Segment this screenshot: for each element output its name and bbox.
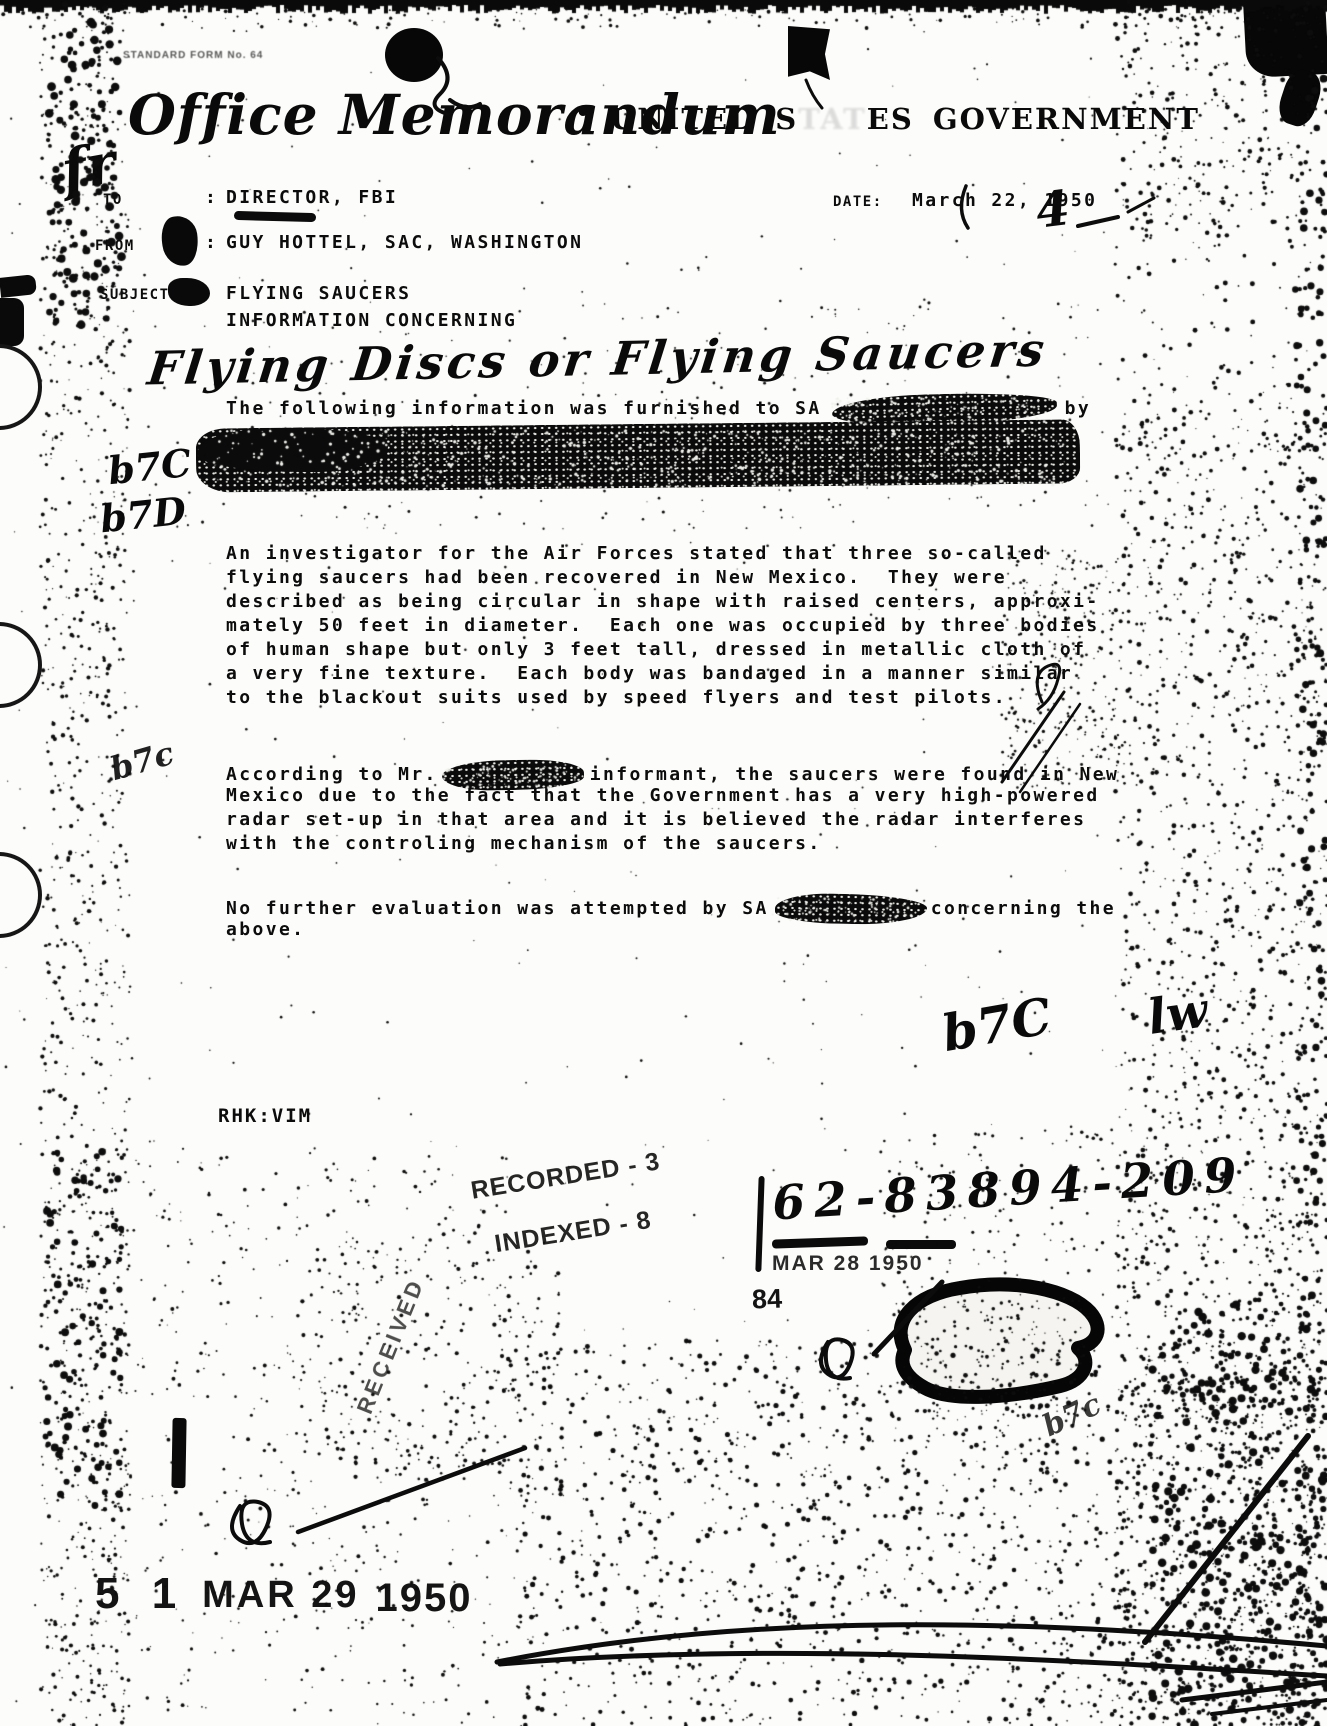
org-title-obscured: TAT [798, 102, 867, 136]
file-number: 62-83894-209 [771, 1148, 1248, 1232]
body-text-line: Mexico due to the fact that the Governme… [226, 784, 1100, 808]
date-received-stamp: MAR 28 1950 [772, 1252, 924, 1276]
body-text-line: flying saucers had been recovered in New… [226, 566, 1100, 590]
body-text-line: radar set-up in that area and it is beli… [226, 808, 1100, 832]
ink-flag-mark [788, 26, 830, 80]
form-number-label: STANDARD FORM No. 64 [123, 50, 263, 61]
ink-blob-outline [901, 1284, 1098, 1396]
pen-stroke [1212, 1700, 1327, 1714]
intro-text-pre: The following information was furnished … [226, 397, 822, 421]
pen-stroke [1182, 1682, 1327, 1700]
redaction-bar [774, 893, 927, 926]
ink-dot-large [385, 28, 443, 82]
handwritten-strokes-layer [0, 0, 1327, 1726]
blob-note-b7c: b7c [1037, 1387, 1106, 1444]
ink-bar [171, 1418, 186, 1488]
from-label: FROM [95, 238, 135, 254]
bottom-date-stamp: 5 1 MAR 29 1950 [95, 1566, 473, 1621]
fold-line [500, 1653, 1327, 1676]
edge-ink-mark-2 [0, 298, 24, 346]
pen-stroke [298, 1448, 525, 1532]
stamp-prefix-digits: 5 1 [95, 1569, 186, 1619]
ink-blot-subject [168, 278, 210, 306]
handwritten-fr-mark: fr [57, 130, 121, 204]
hole-punch [0, 852, 42, 938]
body-text-line: a very fine texture. Each body was banda… [226, 662, 1100, 686]
exemption-code-b7c-mid: b7C [938, 986, 1056, 1063]
handwritten-title: Flying Discs or Flying Saucers [145, 323, 1051, 396]
body-text-pre: No further evaluation was attempted by S… [226, 897, 769, 921]
underline-smudge [234, 211, 316, 222]
number-84: 84 [751, 1283, 782, 1315]
subject-value-line1: FLYING SAUCERS [226, 282, 411, 306]
handwritten-date-mark: 4 [1033, 180, 1073, 240]
exemption-code-b7d: b7D [98, 488, 188, 542]
exemption-code-b7c-small: b7c [106, 734, 178, 788]
paragraph-3-line1: No further evaluation was attempted by S… [226, 894, 1116, 924]
pen-stroke [874, 1282, 942, 1354]
ink-blot-from [159, 214, 202, 269]
fold-line [497, 1625, 1327, 1662]
intro-line: The following information was furnished … [226, 394, 1091, 424]
indexed-stamp: INDEXED - 8 [493, 1206, 654, 1259]
body-text-line: with the controling mechanism of the sau… [226, 832, 1100, 856]
underline-stroke [886, 1240, 956, 1249]
underline-stroke [772, 1236, 868, 1248]
paragraph-1: An investigator for the Air Forces state… [226, 542, 1100, 710]
pen-stroke [1145, 1436, 1308, 1642]
signature-scribble [821, 1339, 853, 1378]
handwritten-initials: lw [1144, 982, 1211, 1046]
body-text-line: An investigator for the Air Forces state… [226, 542, 1100, 566]
typist-initials: RHK:VIM [218, 1105, 312, 1127]
to-colon: : [205, 186, 218, 210]
stamp-month-day: MAR 29 [202, 1574, 359, 1617]
scan-noise-layer [0, 0, 1327, 1726]
handwritten-tick [755, 1176, 764, 1272]
hole-punch [0, 622, 42, 708]
body-text-line: to the blackout suits used by speed flye… [226, 686, 1100, 710]
scribble-mark [1128, 198, 1154, 212]
scribble-mark [1078, 217, 1118, 226]
memo-page: STANDARD FORM No. 64 Office Memorandum •… [0, 0, 1327, 1726]
recorded-stamp: RECORDED - 3 [469, 1147, 662, 1206]
subject-value-line2: INFORMATION CONCERNING [226, 309, 517, 333]
paragraph-2-rest: Mexico due to the fact that the Governme… [226, 784, 1100, 856]
corner-ink-blot [1243, 0, 1327, 78]
intro-text-post: by [1065, 397, 1091, 421]
body-text-line: mately 50 feet in diameter. Each one was… [226, 614, 1100, 638]
org-title-left: UNITED S [610, 102, 798, 136]
from-colon: : [205, 231, 218, 255]
org-title-right: ES GOVERNMENT [867, 102, 1200, 136]
hole-punch [0, 344, 42, 430]
date-label: DATE: [833, 194, 883, 210]
org-title: UNITED STATES GOVERNMENT [610, 102, 1200, 136]
redaction-blob [198, 428, 388, 472]
signature-scribble [232, 1501, 270, 1543]
edge-ink-mark [0, 274, 37, 298]
from-value: GUY HOTTEL, SAC, WASHINGTON [226, 231, 583, 255]
body-text-line: described as being circular in shape wit… [226, 590, 1100, 614]
body-text-line: of human shape but only 3 feet tall, dre… [226, 638, 1100, 662]
stamp-year: 1950 [376, 1576, 473, 1621]
paragraph-3-line2: above. [226, 918, 305, 942]
exemption-code-b7c: b7C [106, 440, 194, 493]
separator-dot: • [574, 96, 592, 131]
to-value: DIRECTOR, FBI [226, 186, 398, 210]
received-stamp: RECEIVED [352, 1274, 430, 1418]
body-text-post: concerning the [931, 897, 1116, 921]
